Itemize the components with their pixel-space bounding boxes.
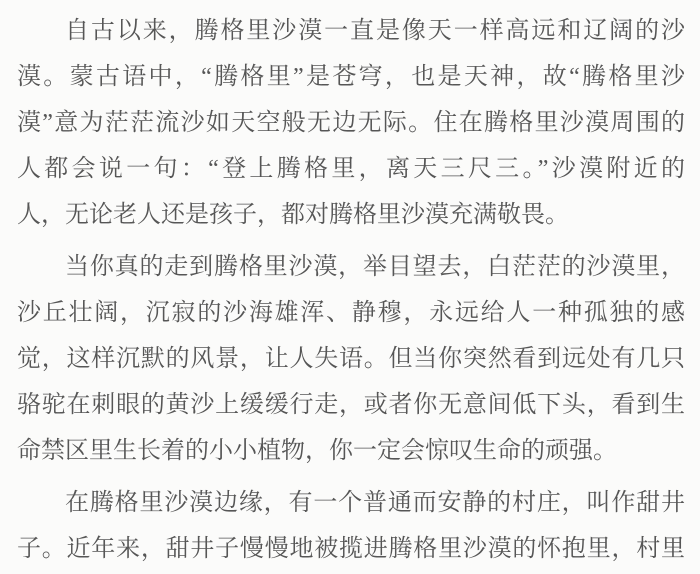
text-line: 命禁区里生长着的小小植物，你一定会惊叹生命的顽强。 [17,428,685,474]
text-line: 漠。蒙古语中，“腾格里”是苍穹，也是天神，故“腾格里沙 [17,54,685,100]
text-line: 自古以来，腾格里沙漠一直是像天一样高远和辽阔的沙 [17,8,685,54]
text-line: 漠”意为茫茫流沙如天空般无边无际。住在腾格里沙漠周围的 [17,100,685,146]
document-page: 自古以来，腾格里沙漠一直是像天一样高远和辽阔的沙 漠。蒙古语中，“腾格里”是苍穹… [0,0,700,574]
text-line: 骆驼在刺眼的黄沙上缓缓行走，或者你无意间低下头，看到生 [17,382,685,428]
text-line: 人，无论老人还是孩子，都对腾格里沙漠充满敬畏。 [17,192,685,238]
text-line: 当你真的走到腾格里沙漠，举目望去，白茫茫的沙漠里， [17,244,685,290]
text-line: 在腾格里沙漠边缘，有一个普通而安静的村庄，叫作甜井 [17,480,685,526]
text-line: 人都会说一句：“登上腾格里，离天三尺三。”沙漠附近的 [17,146,685,192]
paragraph-2: 当你真的走到腾格里沙漠，举目望去，白茫茫的沙漠里， 沙丘壮阔，沉寂的沙海雄浑、静… [17,244,685,474]
paragraph-1: 自古以来，腾格里沙漠一直是像天一样高远和辽阔的沙 漠。蒙古语中，“腾格里”是苍穹… [17,8,685,238]
paragraph-3: 在腾格里沙漠边缘，有一个普通而安静的村庄，叫作甜井 子。近年来，甜井子慢慢地被揽… [17,480,685,572]
text-line: 觉，这样沉默的风景，让人失语。但当你突然看到远处有几只 [17,336,685,382]
text-line: 子。近年来，甜井子慢慢地被揽进腾格里沙漠的怀抱里，村里 [17,526,685,572]
text-line: 沙丘壮阔，沉寂的沙海雄浑、静穆，永远给人一种孤独的感 [17,290,685,336]
